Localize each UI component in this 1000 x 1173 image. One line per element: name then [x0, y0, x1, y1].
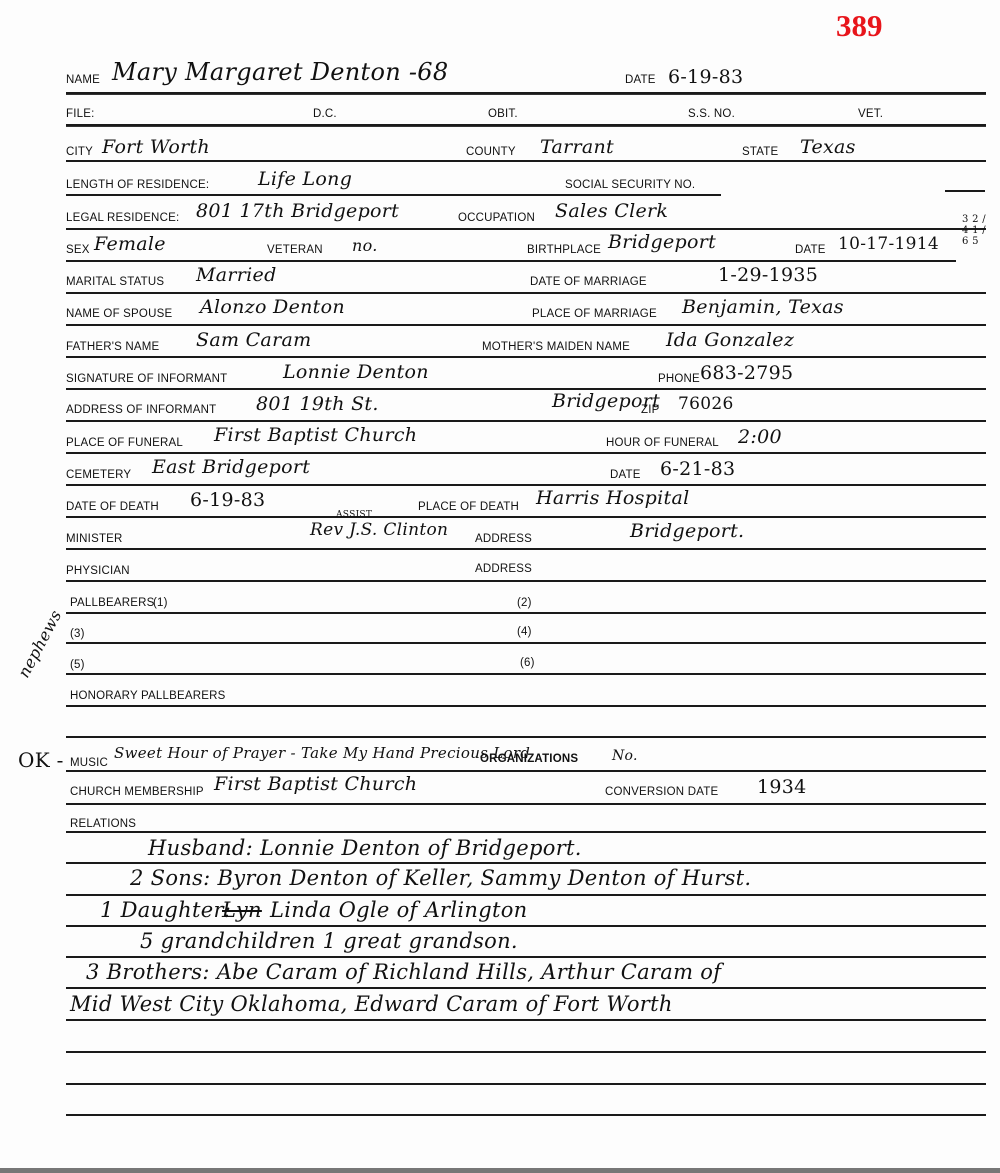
value-date: 6-19-83	[668, 66, 743, 88]
relations-daughter-struck: Lyn	[222, 898, 262, 922]
label-pallbearer-1: (1)	[153, 597, 168, 609]
label-place-of-funeral: PLACE OF FUNERAL	[66, 437, 183, 449]
label-mothers-maiden-name: MOTHER'S MAIDEN NAME	[482, 341, 630, 353]
label-pallbearer-6: (6)	[520, 657, 535, 669]
page-number: 389	[836, 8, 883, 44]
value-mothers-maiden-name: Ida Gonzalez	[666, 329, 794, 351]
value-zip: 76026	[678, 394, 734, 414]
label-pallbearers: PALLBEARERS	[70, 597, 154, 609]
rule-relations-7	[66, 1051, 986, 1053]
relations-line-4: 5 grandchildren 1 great grandson.	[140, 929, 518, 953]
label-zip: ZIP	[641, 404, 660, 416]
funeral-record-form: 389 NAME Mary Margaret Denton -68 DATE 6…	[0, 0, 1000, 1173]
value-cemetery-date: 6-21-83	[660, 458, 735, 480]
rule-spouse	[66, 324, 986, 326]
value-legal-residence: 801 17th Bridgeport	[196, 200, 399, 222]
value-place-of-funeral: First Baptist Church	[214, 424, 417, 446]
rule-relations-5	[66, 987, 986, 989]
value-signature-of-informant: Lonnie Denton	[283, 361, 429, 383]
relations-daughter-name: Linda Ogle of Arlington	[270, 898, 528, 922]
label-honorary-pallbearers: HONORARY PALLBEARERS	[70, 690, 225, 702]
relations-line-6: Mid West City Oklahoma, Edward Caram of …	[70, 992, 673, 1016]
label-state: STATE	[742, 146, 778, 158]
rule-relations-4	[66, 956, 986, 958]
value-sex: Female	[94, 233, 166, 255]
label-music: MUSIC	[70, 757, 108, 769]
margin-note-ok: OK -	[18, 748, 64, 772]
rule-residence-end	[945, 190, 985, 192]
rule-relations-2	[66, 894, 986, 896]
value-birthplace: Bridgeport	[608, 231, 716, 253]
rule-parents	[66, 356, 986, 358]
scan-bottom-edge	[0, 1168, 1000, 1173]
rule-relations-6	[66, 1019, 986, 1021]
rule-date-of-death	[66, 516, 986, 518]
margin-age-calculation: 3 2 / 4 1 / 6 5	[962, 214, 992, 247]
rule-pallbearers-1	[66, 612, 986, 614]
label-ss-no: S.S. NO.	[688, 108, 735, 120]
rule-file	[66, 124, 986, 127]
label-veteran: VETERAN	[267, 244, 323, 256]
margin-note-nephews: nephews	[14, 607, 65, 681]
label-obit: OBIT.	[488, 108, 518, 120]
value-conversion-date: 1934	[757, 776, 807, 798]
rule-informant-address	[66, 420, 986, 422]
label-vet: VET.	[858, 108, 883, 120]
label-length-of-residence: LENGTH OF RESIDENCE:	[66, 179, 209, 191]
rule-sex	[66, 260, 956, 262]
label-conversion-date: CONVERSION DATE	[605, 786, 718, 798]
value-fathers-name: Sam Caram	[196, 329, 311, 351]
rule-signature	[66, 388, 986, 390]
label-birthplace: BIRTHPLACE	[527, 244, 601, 256]
rule-marital	[66, 292, 986, 294]
relations-line-2: 2 Sons: Byron Denton of Keller, Sammy De…	[130, 866, 751, 890]
rule-relations-0	[66, 831, 986, 833]
relations-line-5: 3 Brothers: Abe Caram of Richland Hills,…	[86, 960, 721, 984]
rule-church	[66, 803, 986, 805]
value-hour-of-funeral: 2:00	[738, 426, 782, 448]
label-fathers-name: FATHER'S NAME	[66, 341, 159, 353]
value-date-of-death: 6-19-83	[190, 489, 265, 511]
label-church-membership: CHURCH MEMBERSHIP	[70, 786, 204, 798]
label-sex: SEX	[66, 244, 90, 256]
label-place-of-death: PLACE OF DEATH	[418, 501, 519, 513]
rule-honorary-1	[66, 705, 986, 707]
label-cemetery: CEMETERY	[66, 469, 131, 481]
label-physician-address: ADDRESS	[475, 563, 532, 575]
label-address-of-informant: ADDRESS OF INFORMANT	[66, 404, 216, 416]
label-city: CITY	[66, 146, 93, 158]
value-marital-status: Married	[196, 264, 277, 286]
rule-relations-9	[66, 1114, 986, 1116]
label-legal-residence: LEGAL RESIDENCE:	[66, 212, 179, 224]
relations-line-3: 1 Daughter:	[100, 898, 231, 922]
label-name-of-spouse: NAME OF SPOUSE	[66, 308, 172, 320]
value-cemetery: East Bridgeport	[152, 456, 310, 478]
value-occupation: Sales Clerk	[555, 200, 668, 222]
rule-physician	[66, 580, 986, 582]
label-pallbearer-2: (2)	[517, 597, 532, 609]
value-place-of-marriage: Benjamin, Texas	[682, 296, 844, 318]
relations-line-1: Husband: Lonnie Denton of Bridgeport.	[148, 836, 582, 860]
value-county: Tarrant	[540, 136, 614, 158]
value-date-of-marriage: 1-29-1935	[718, 264, 818, 286]
value-minister-note: ASSIST	[336, 510, 372, 520]
rule-pallbearers-2	[66, 642, 986, 644]
label-birth-date: DATE	[795, 244, 826, 256]
label-file: FILE:	[66, 108, 94, 120]
label-phone: PHONE	[658, 373, 700, 385]
label-occupation: OCCUPATION	[458, 212, 535, 224]
label-cemetery-date: DATE	[610, 469, 641, 481]
rule-residence	[66, 194, 721, 196]
label-pallbearer-3: (3)	[70, 628, 85, 640]
rule-music	[66, 770, 986, 772]
rule-legal-residence	[66, 228, 986, 230]
rule-pallbearers-3	[66, 673, 986, 675]
label-marital-status: MARITAL STATUS	[66, 276, 164, 288]
value-length-of-residence: Life Long	[258, 168, 352, 190]
value-phone: 683-2795	[700, 362, 793, 384]
label-county: COUNTY	[466, 146, 516, 158]
label-dc: D.C.	[313, 108, 337, 120]
rule-relations-3	[66, 925, 986, 927]
value-veteran: no.	[352, 236, 378, 255]
rule-honorary-2	[66, 736, 986, 738]
label-pallbearer-4: (4)	[517, 626, 532, 638]
label-signature-of-informant: SIGNATURE OF INFORMANT	[66, 373, 227, 385]
value-music: Sweet Hour of Prayer - Take My Hand Prec…	[114, 744, 530, 762]
value-name-of-spouse: Alonzo Denton	[200, 296, 345, 318]
rule-minister	[66, 548, 986, 550]
value-birth-date: 10-17-1914	[838, 234, 939, 254]
value-minister-address: Bridgeport.	[630, 520, 744, 542]
label-physician: PHYSICIAN	[66, 565, 130, 577]
rule-city	[66, 160, 986, 162]
value-address-of-informant: 801 19th St.	[256, 393, 379, 415]
label-hour-of-funeral: HOUR OF FUNERAL	[606, 437, 719, 449]
value-minister: Rev J.S. Clinton	[310, 520, 448, 540]
rule-cemetery	[66, 484, 986, 486]
value-place-of-death: Harris Hospital	[536, 487, 689, 509]
value-organizations: No.	[612, 748, 638, 764]
label-name: NAME	[66, 74, 100, 86]
value-name: Mary Margaret Denton -68	[112, 58, 448, 86]
rule-place-of-funeral	[66, 452, 986, 454]
label-date-of-marriage: DATE OF MARRIAGE	[530, 276, 647, 288]
rule-relations-8	[66, 1083, 986, 1085]
value-state: Texas	[800, 136, 856, 158]
value-church-membership: First Baptist Church	[214, 773, 417, 795]
label-minister-address: ADDRESS	[475, 533, 532, 545]
label-date: DATE	[625, 74, 656, 86]
label-pallbearer-5: (5)	[70, 659, 85, 671]
rule-name	[66, 92, 986, 95]
label-date-of-death: DATE OF DEATH	[66, 501, 159, 513]
label-place-of-marriage: PLACE OF MARRIAGE	[532, 308, 657, 320]
label-relations: RELATIONS	[70, 818, 136, 830]
label-minister: MINISTER	[66, 533, 123, 545]
label-social-security-no: SOCIAL SECURITY NO.	[565, 179, 695, 191]
label-organizations: ORGANIZATIONS	[480, 753, 578, 765]
rule-relations-1	[66, 862, 986, 864]
value-city: Fort Worth	[102, 136, 210, 158]
